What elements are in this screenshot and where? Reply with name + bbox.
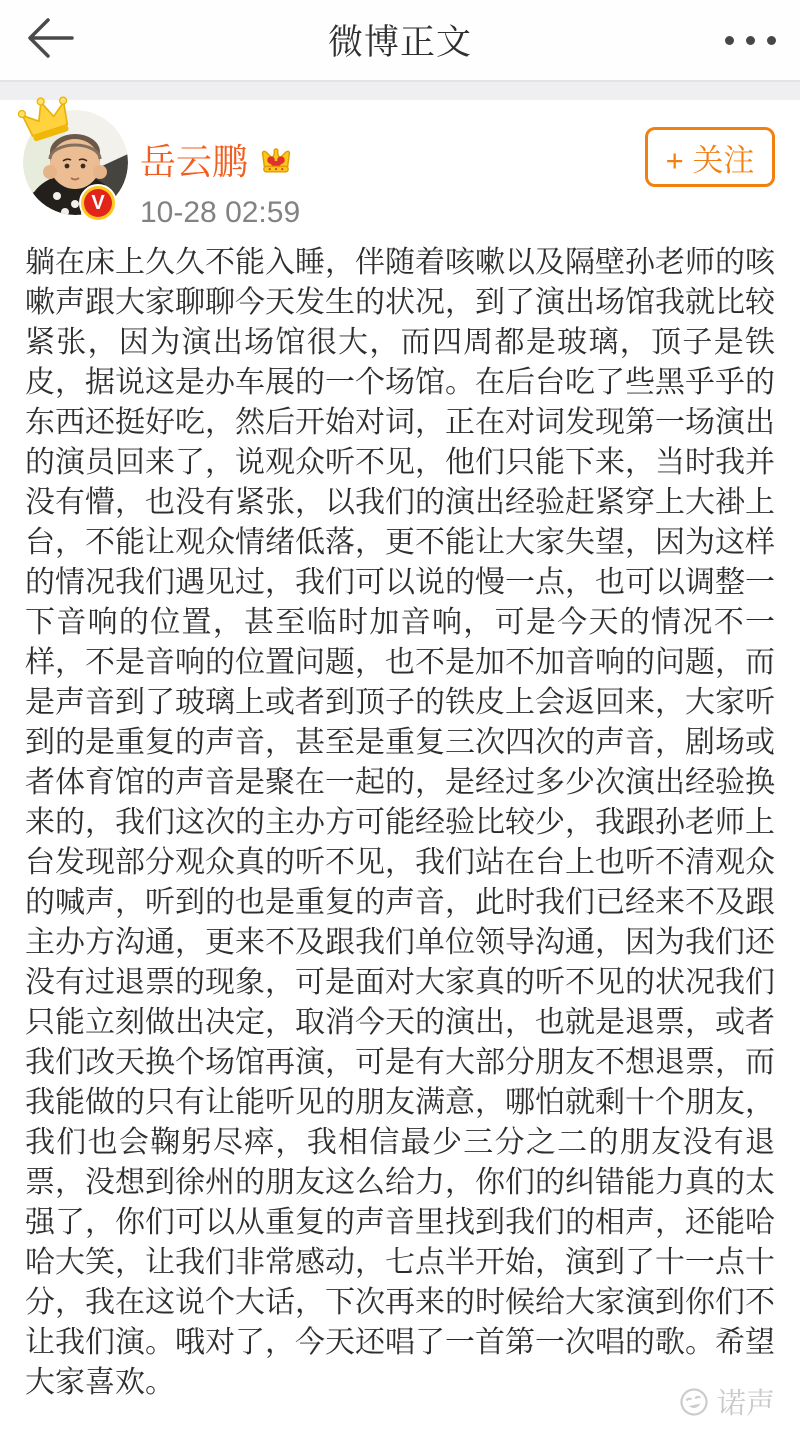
page-title: 微博正文 (0, 15, 800, 65)
verified-v-letter: V (84, 189, 112, 217)
top-nav-bar: 微博正文 (0, 0, 800, 80)
back-arrow-icon (24, 15, 76, 66)
author-name[interactable]: 岳云鹏 (140, 134, 248, 185)
more-dots-icon (725, 36, 734, 45)
avatar[interactable]: V (23, 110, 128, 215)
post-card: V 岳云鹏 10-28 02 (0, 100, 800, 1403)
back-button[interactable] (24, 17, 76, 63)
more-dots-icon (767, 36, 776, 45)
post-body-text: 躺在床上久久不能入睡，伴随着咳嗽以及隔壁孙老师的咳嗽声跟大家聊聊今天发生的状况，… (25, 243, 775, 1403)
author-header: V 岳云鹏 10-28 02 (25, 100, 775, 235)
verified-v-badge: V (79, 184, 117, 222)
more-menu-button[interactable] (725, 26, 776, 55)
section-divider (0, 80, 800, 100)
follow-button[interactable]: + 关注 (645, 127, 775, 187)
weibo-post-page: 微博正文 (0, 0, 800, 1433)
watermark-face-icon (675, 1383, 713, 1421)
more-dots-icon (746, 36, 755, 45)
watermark: 诺声 (678, 1381, 775, 1422)
watermark-label: 诺声 (717, 1381, 775, 1422)
post-timestamp: 10-28 02:59 (140, 196, 775, 230)
membership-crown-icon (257, 143, 295, 179)
